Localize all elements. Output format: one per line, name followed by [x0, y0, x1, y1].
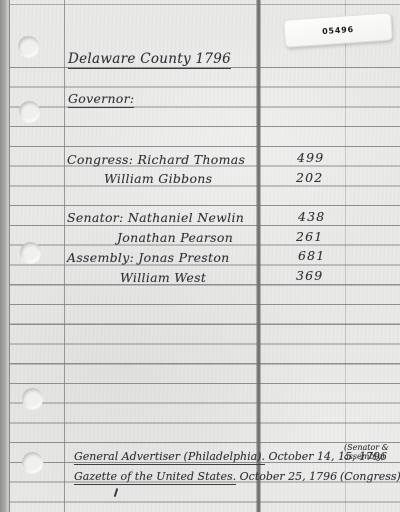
column-divider-line	[256, 0, 261, 512]
source-title: Gazette of the United States.	[74, 470, 236, 485]
row-congress-1: Congress: Richard Thomas	[67, 153, 245, 166]
catalog-sticker: 05496	[283, 12, 393, 47]
ledger-paper: Delaware County 1796 Governor: Congress:…	[0, 0, 400, 512]
page-title-row: Delaware County 1796	[68, 52, 231, 66]
top-edge-line	[9, 4, 400, 5]
vote-count: 438	[298, 210, 328, 223]
candidate-name: Jonathan Pearson	[117, 230, 233, 245]
section-governor: Governor:	[68, 92, 134, 105]
vote-count: 499	[297, 151, 327, 164]
row-senator-2: Jonathan Pearson	[117, 231, 233, 244]
source-title: General Advertiser (Philadelphia).	[74, 450, 265, 465]
scan-edge-left	[0, 0, 10, 512]
scanned-page: Delaware County 1796 Governor: Congress:…	[0, 0, 400, 512]
punch-hole	[19, 101, 40, 122]
source-citation-1: General Advertiser (Philadelphia). Octob…	[74, 451, 387, 463]
vote-count: 681	[298, 249, 328, 262]
row-assembly-2: William West	[120, 271, 206, 284]
candidate-name: William Gibbons	[104, 171, 212, 186]
office-label-senator: Senator:	[67, 210, 124, 225]
page-title: Delaware County 1796	[68, 51, 231, 69]
candidate-name: William West	[120, 270, 206, 285]
punch-hole	[20, 242, 41, 263]
candidate-name: Richard Thomas	[138, 152, 246, 167]
punch-hole	[22, 452, 43, 473]
office-label-governor: Governor:	[68, 91, 134, 108]
row-senator-1: Senator: Nathaniel Newlin	[67, 211, 244, 224]
vote-count: 261	[296, 230, 326, 243]
source-citation-2: Gazette of the United States. October 25…	[74, 471, 337, 483]
punch-hole	[22, 388, 43, 409]
candidate-name: Jonas Preston	[138, 250, 229, 265]
faint-column-line	[345, 0, 346, 512]
row-congress-2: William Gibbons	[104, 172, 212, 185]
source-detail: October 25, 1796	[240, 470, 338, 483]
margin-line	[64, 0, 65, 512]
candidate-name: Nathaniel Newlin	[128, 210, 244, 225]
office-label-assembly: Assembly:	[67, 250, 134, 265]
source-note-1: (Senator & assembly)	[344, 444, 400, 461]
vote-count: 202	[296, 171, 326, 184]
office-label-congress: Congress:	[67, 152, 133, 167]
vote-count: 369	[296, 269, 326, 282]
row-assembly-1: Assembly: Jonas Preston	[67, 251, 230, 264]
source-note-2: (Congress)	[340, 471, 400, 483]
ruled-lines	[9, 67, 400, 512]
punch-hole	[18, 36, 39, 57]
sticker-number: 05496	[322, 24, 354, 35]
